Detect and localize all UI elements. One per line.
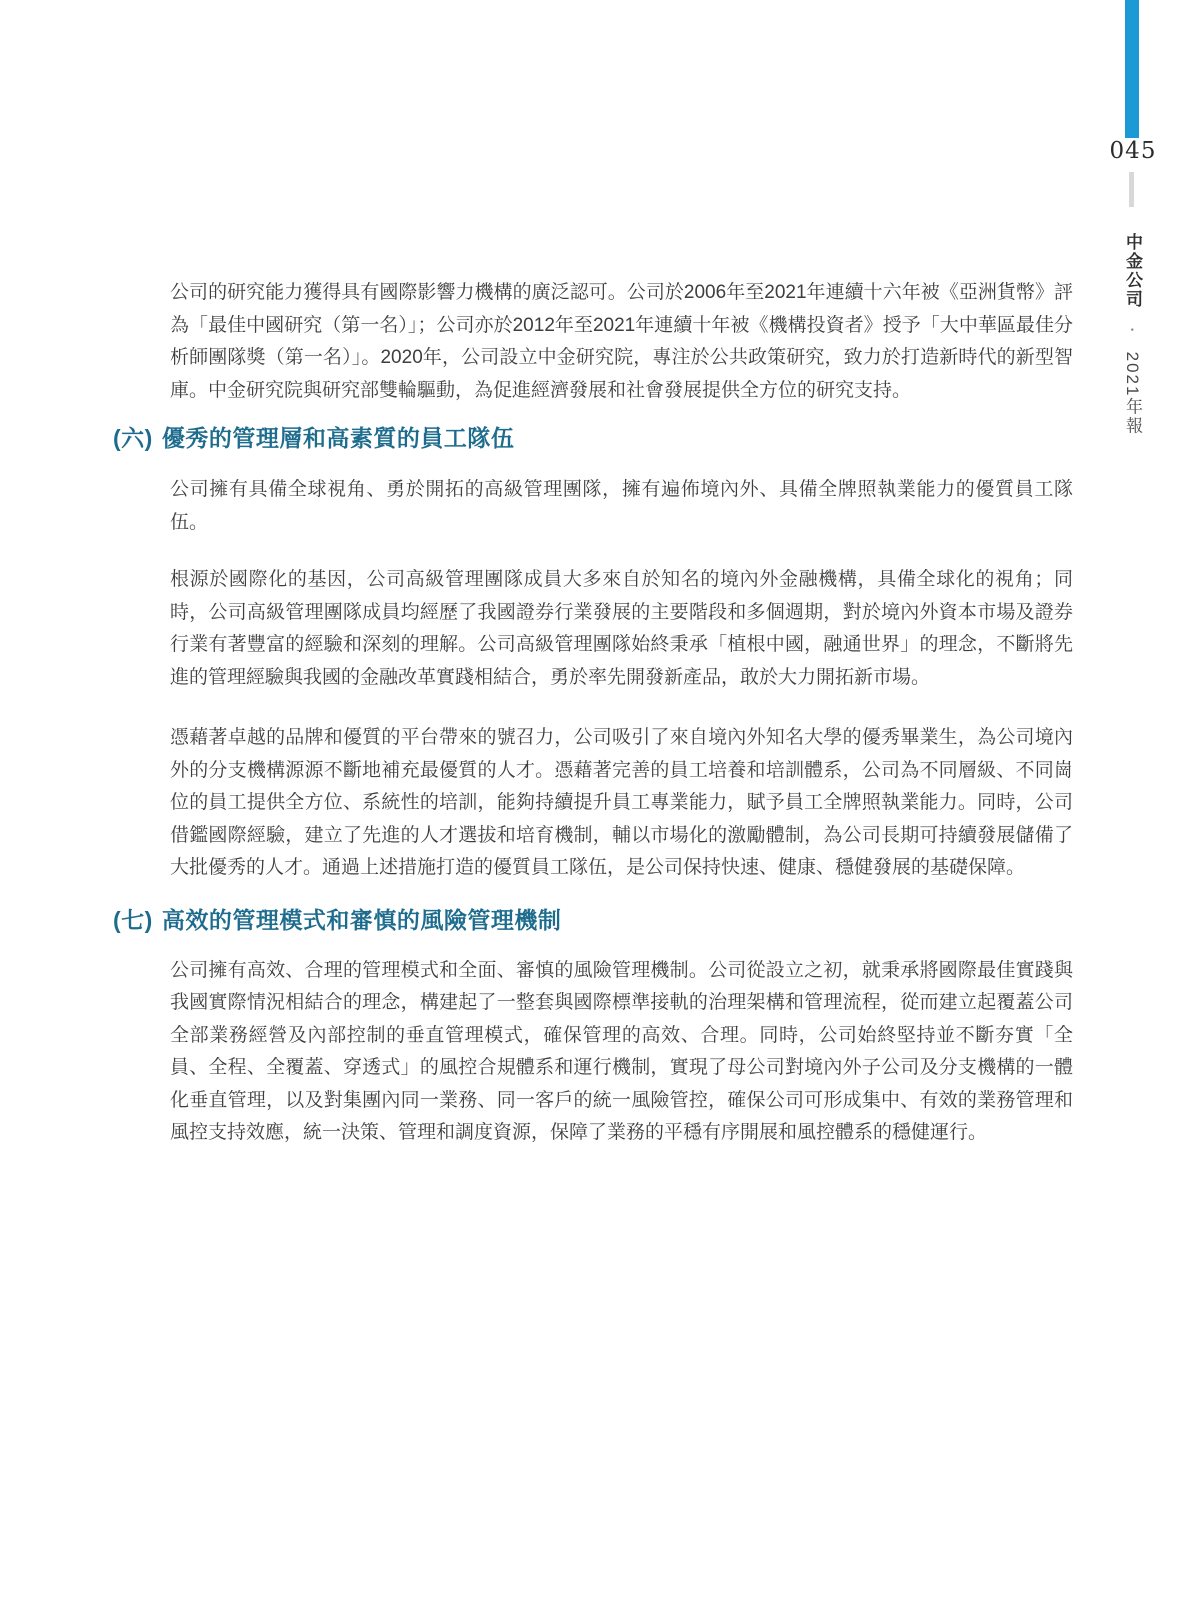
section-6-title: 優秀的管理層和高素質的員工隊伍 bbox=[162, 423, 515, 453]
section-6-paragraph-2: 根源於國際化的基因，公司高級管理團隊成員大多來自於知名的境內外金融機構，具備全球… bbox=[170, 564, 1073, 694]
page-number-divider bbox=[1129, 172, 1134, 207]
section-6-paragraph-3: 憑藉著卓越的品牌和優質的平台帶來的號召力，公司吸引了來自境內外知名大學的優秀畢業… bbox=[170, 722, 1073, 885]
section-7-paragraph-1: 公司擁有高效、合理的管理模式和全面、審慎的風險管理機制。公司從設立之初，就秉承將… bbox=[170, 955, 1073, 1150]
side-company-name: 中金公司 bbox=[1123, 233, 1142, 309]
top-accent-bar bbox=[1125, 0, 1139, 138]
intro-paragraph: 公司的研究能力獲得具有國際影響力機構的廣泛認可。公司於2006年至2021年連續… bbox=[170, 277, 1073, 407]
section-heading-7: (七) 高效的管理模式和審慎的風險管理機制 bbox=[113, 905, 1076, 935]
side-running-title: 中金公司 • 2021年報 bbox=[1119, 233, 1145, 453]
section-heading-6: (六) 優秀的管理層和高素質的員工隊伍 bbox=[113, 423, 1076, 453]
main-content: 公司的研究能力獲得具有國際影響力機構的廣泛認可。公司於2006年至2021年連續… bbox=[113, 277, 1076, 1150]
section-7-title: 高效的管理模式和審慎的風險管理機制 bbox=[162, 905, 562, 935]
side-edition-year: 2021年報 bbox=[1123, 352, 1142, 436]
page-number: 045 bbox=[1103, 136, 1163, 166]
report-page: 045 中金公司 • 2021年報 公司的研究能力獲得具有國際影響力機構的廣泛認… bbox=[0, 0, 1190, 1615]
section-6-label: (六) bbox=[113, 423, 153, 453]
section-6-paragraph-1: 公司擁有具備全球視角、勇於開拓的高級管理團隊，擁有遍佈境內外、具備全牌照執業能力… bbox=[170, 474, 1073, 539]
section-7-label: (七) bbox=[113, 905, 153, 935]
side-separator-dot: • bbox=[1127, 328, 1137, 333]
